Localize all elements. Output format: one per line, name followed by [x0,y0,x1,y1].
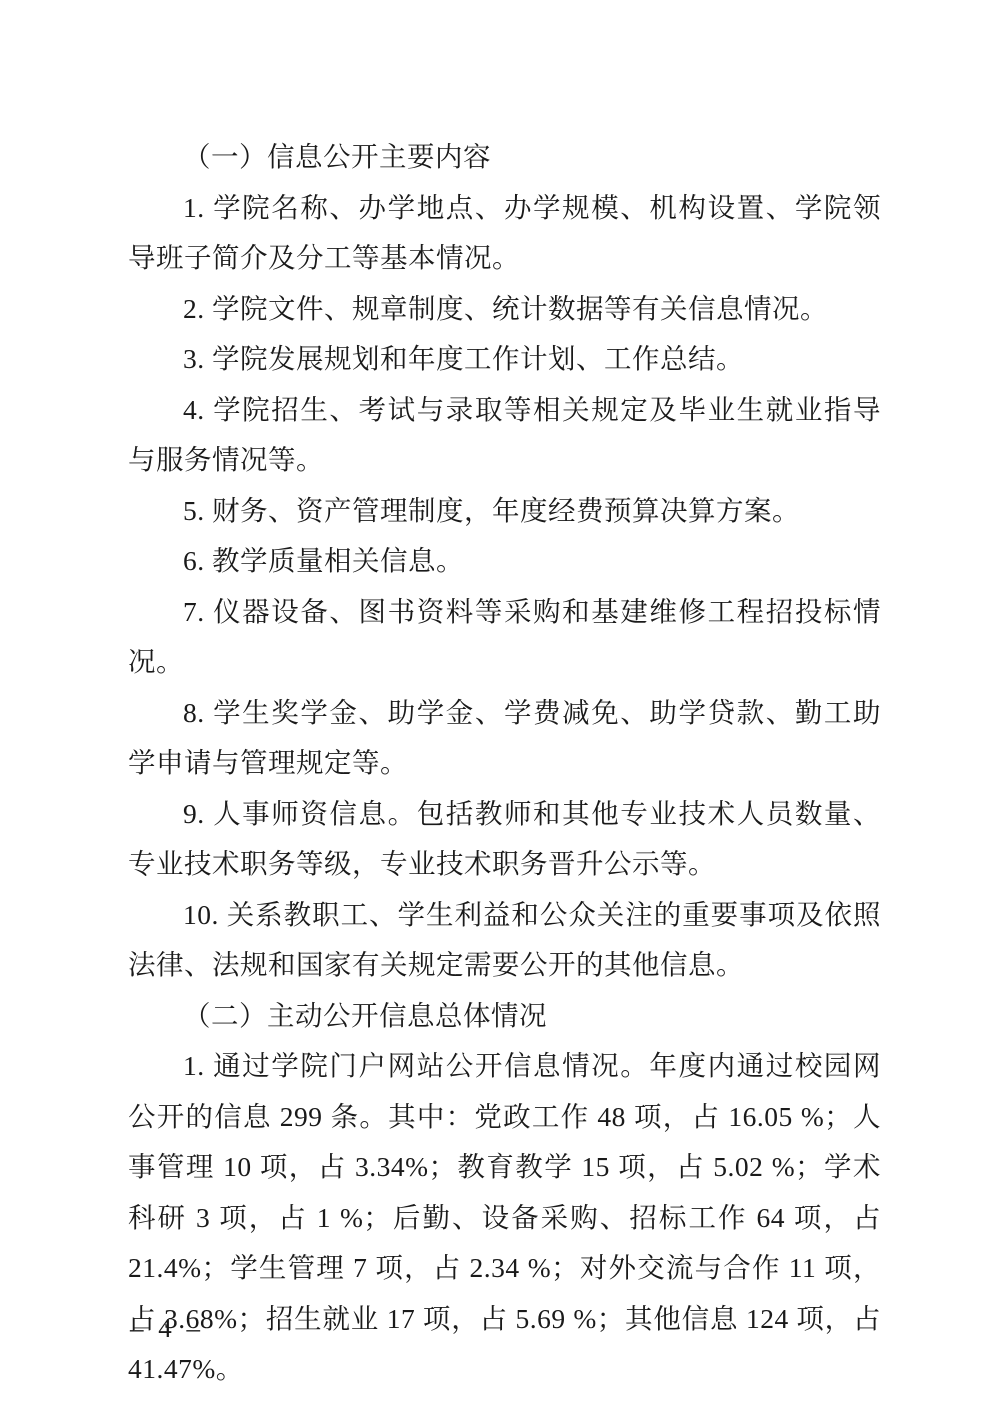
list-item-10: 10. 关系教职工、学生利益和公众关注的重要事项及依照法律、法规和国家有关规定需… [128,890,881,991]
list-item-2: 2. 学院文件、规章制度、统计数据等有关信息情况。 [128,284,881,335]
section-heading-2: （二）主动公开信息总体情况 [128,991,881,1042]
list-item-3: 3. 学院发展规划和年度工作计划、工作总结。 [128,334,881,385]
document-page: （一）信息公开主要内容 1. 学院名称、办学地点、办学规模、机构设置、学院领导班… [0,0,1000,1414]
list-item-5: 5. 财务、资产管理制度，年度经费预算决算方案。 [128,486,881,537]
list-item-4: 4. 学院招生、考试与录取等相关规定及毕业生就业指导与服务情况等。 [128,385,881,486]
document-body: （一）信息公开主要内容 1. 学院名称、办学地点、办学规模、机构设置、学院领导班… [128,132,881,1395]
list-item-1: 1. 学院名称、办学地点、办学规模、机构设置、学院领导班子简介及分工等基本情况。 [128,183,881,284]
page-number: – 4 – [130,1308,204,1348]
list-item-7: 7. 仪器设备、图书资料等采购和基建维修工程招投标情况。 [128,587,881,688]
list-item-6: 6. 教学质量相关信息。 [128,536,881,587]
section-heading-1: （一）信息公开主要内容 [128,132,881,183]
list-item-8: 8. 学生奖学金、助学金、学费减免、助学贷款、勤工助学申请与管理规定等。 [128,688,881,789]
list-item-9: 9. 人事师资信息。包括教师和其他专业技术人员数量、专业技术职务等级，专业技术职… [128,789,881,890]
statistics-paragraph: 1. 通过学院门户网站公开信息情况。年度内通过校园网公开的信息 299 条。其中… [128,1041,881,1395]
